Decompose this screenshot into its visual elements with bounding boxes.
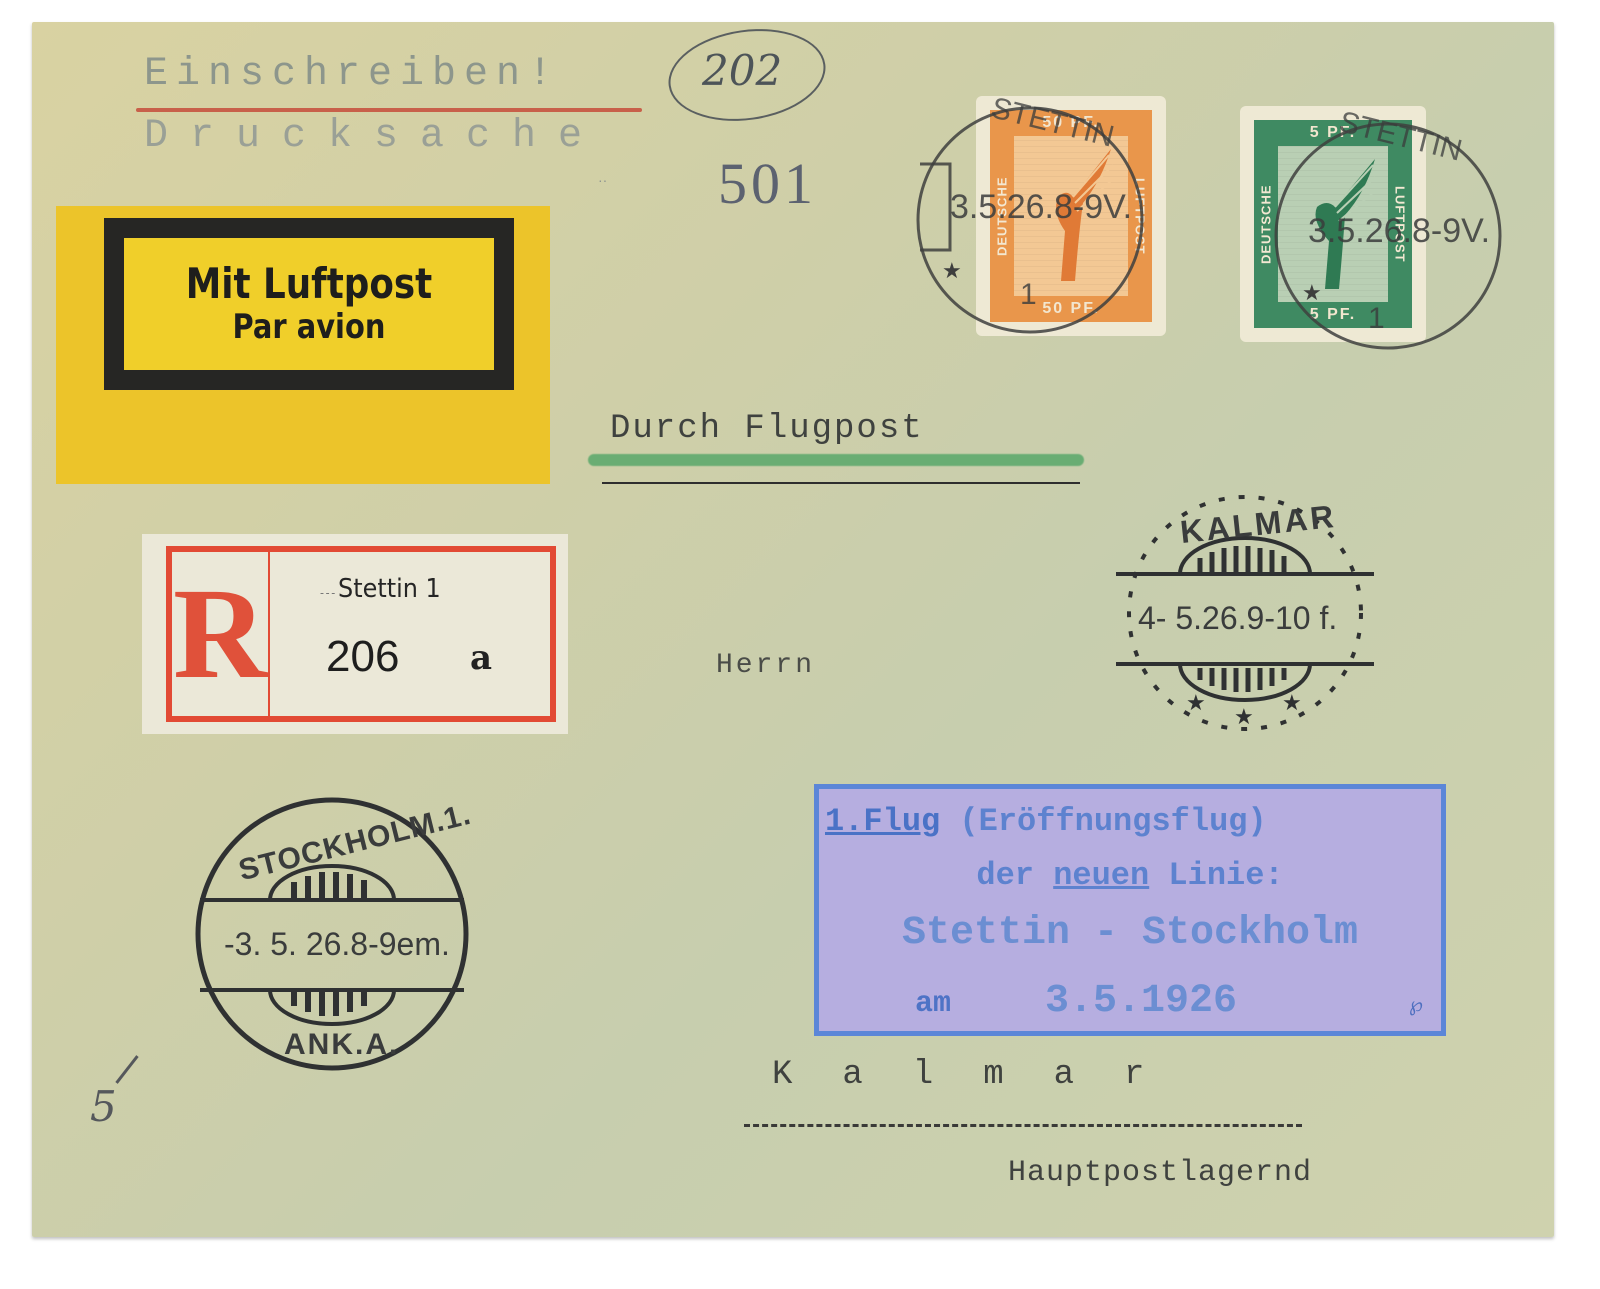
typed-underline — [602, 482, 1080, 484]
svg-text:★: ★ — [1282, 690, 1302, 715]
address-city: Kalmar — [772, 1056, 1194, 1094]
airmail-label: Mit Luftpost Par avion — [56, 206, 550, 484]
first-flight-cachet: 1.Flug (Eröffnungsflug) der neuen Linie:… — [814, 784, 1446, 1036]
airmail-line2: Par avion — [233, 307, 386, 347]
svg-text:★: ★ — [942, 258, 962, 283]
cachet-line2: der neuen Linie: — [819, 857, 1441, 894]
postmark-stettin-1: ★ STETTIN 3.5.26.8-9V. 1 — [910, 100, 1150, 340]
cachet-flight-number: 1.Flug — [825, 803, 940, 840]
registration-letter: R — [172, 552, 270, 716]
cachet-route: Stettin - Stockholm — [819, 911, 1441, 956]
postmark-office: 1 — [1020, 278, 1037, 312]
small-mark: ·· — [598, 172, 607, 188]
cachet-date-prefix: am — [915, 987, 951, 1021]
red-underline — [136, 108, 642, 112]
pencil-stroke — [115, 1055, 138, 1084]
svg-text:★: ★ — [1234, 704, 1254, 729]
registration-number: 206 — [326, 632, 399, 682]
postmark-stettin-2: ★ STETTIN 3.5.26.8-9V. 1 — [1268, 116, 1508, 356]
cachet-date-line: am 3.5.1926 — [915, 979, 1441, 1024]
registration-office: Stettin 1 — [320, 574, 441, 604]
svg-text:★: ★ — [1186, 690, 1206, 715]
address-underline — [744, 1124, 1302, 1127]
airmail-line1: Mit Luftpost — [186, 261, 432, 307]
cachet-word: Linie: — [1168, 857, 1283, 894]
postmark-date: -3. 5. 26.8-9em. — [224, 926, 450, 963]
green-crayon-underline — [588, 454, 1084, 466]
postmark-bottom: ANK.A. — [284, 1028, 399, 1062]
pencil-note: 5 — [90, 1082, 117, 1131]
postmark-stockholm: STOCKHOLM.1. -3. 5. 26.8-9em. ANK.A. — [190, 792, 474, 1076]
monogram-icon: ℘ — [1409, 992, 1423, 1017]
postmark-date: 3.5.26.8-9V. — [950, 188, 1132, 227]
svg-text:★: ★ — [1302, 280, 1322, 305]
handwritten-number: 202 — [702, 46, 782, 95]
cachet-flight-type: (Eröffnungsflug) — [959, 803, 1266, 840]
postmark-office: 1 — [1368, 302, 1385, 336]
stamped-number: 501 — [718, 150, 817, 217]
routing-instruction: Durch Flugpost — [610, 410, 924, 448]
postmark-date: 3.5.26.8-9V. — [1308, 212, 1490, 251]
typed-drucksache: Drucksache — [144, 114, 604, 159]
postmark-kalmar: ★ ★ ★ KALMAR 4- 5.26.9-10 f. — [1110, 488, 1380, 738]
cachet-word-underlined: neuen — [1053, 857, 1149, 894]
cachet-line1: 1.Flug (Eröffnungsflug) — [819, 803, 1441, 840]
postmark-date: 4- 5.26.9-10 f. — [1138, 600, 1337, 637]
cachet-word: der — [976, 857, 1034, 894]
address-salutation: Herrn — [716, 650, 815, 681]
cachet-date: 3.5.1926 — [1045, 979, 1237, 1024]
envelope: Einschreiben! Drucksache 202 501 ·· 50 P… — [32, 22, 1554, 1237]
typed-einschreiben: Einschreiben! — [144, 52, 560, 97]
registration-label: R Stettin 1 206 a — [142, 534, 568, 734]
registration-suffix: a — [470, 638, 492, 678]
address-note: Hauptpostlagernd — [1008, 1156, 1312, 1190]
